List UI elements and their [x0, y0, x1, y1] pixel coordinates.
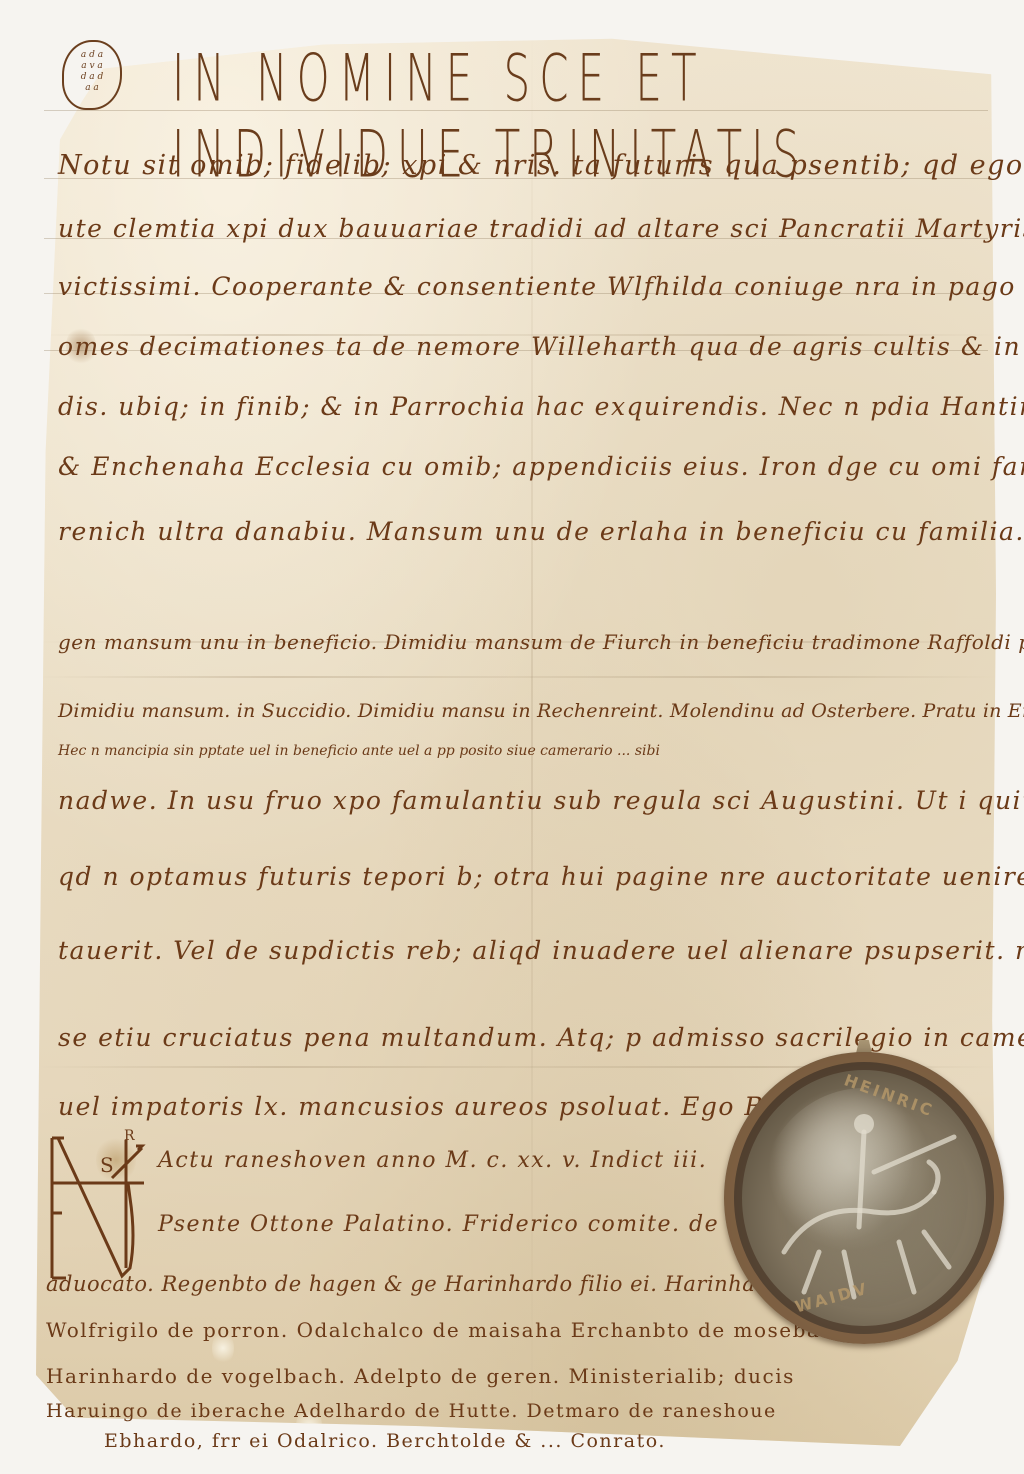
- text-line: ute clemtia xpi dux bauuariae tradidi ad…: [58, 214, 1024, 243]
- text-line-witnesses: Haruingo de iberache Adelhardo de Hutte.…: [46, 1400, 777, 1422]
- text-line: tauerit. Vel de supdictis reb; aliqd inu…: [58, 936, 1024, 965]
- text-line: gen mansum unu in beneficio. Dimidiu man…: [58, 630, 1024, 654]
- text-line-actum: Actu raneshoven anno M. c. xx. v. Indict…: [158, 1148, 707, 1173]
- text-line: Hec n mancipia sin pptate uel in benefic…: [58, 743, 660, 759]
- fold-line: [36, 676, 996, 678]
- ducal-monogram: S R: [44, 1128, 154, 1288]
- wax-seal: HEINRIC WAIDV: [724, 1052, 1004, 1344]
- chrismon-invocation-symbol: a d aa v ad a da a: [62, 40, 122, 110]
- text-line: dis. ubiq; in finib; & in Parrochia hac …: [58, 392, 1024, 421]
- monogram-letter-r: R: [124, 1128, 135, 1144]
- text-line: nadwe. In usu fruo xpo famulantiu sub re…: [58, 786, 1024, 815]
- text-line: & Enchenaha Ecclesia cu omib; appendicii…: [58, 452, 1024, 481]
- text-line: renich ultra danabiu. Mansum unu de erla…: [58, 517, 1024, 546]
- text-line-witnesses: Wolfrigilo de porron. Odalchalco de mais…: [46, 1318, 833, 1342]
- text-line-witnesses: Harinhardo de vogelbach. Adelpto de gere…: [46, 1364, 795, 1388]
- monogram-letter-s: S: [100, 1153, 114, 1177]
- text-line: se etiu cruciatus pena multandum. Atq; p…: [58, 1023, 1024, 1052]
- text-line: Notu sit omib; fidelib; xpi & nris. ta f…: [58, 150, 1024, 181]
- text-line: victissimi. Cooperante & consentiente Wl…: [58, 272, 1024, 301]
- text-line: Dimidiu mansum. in Succidio. Dimidiu man…: [58, 700, 1024, 722]
- text-line: qd n optamus futuris tepori b; otra hui …: [58, 862, 1024, 891]
- text-line: omes decimationes ta de nemore Willehart…: [58, 332, 1024, 361]
- text-line-witnesses: Ebhardo, frr ei Odalrico. Berchtolde & .…: [104, 1430, 666, 1452]
- chrismon-glyphs: a d aa v ad a da a: [64, 50, 120, 94]
